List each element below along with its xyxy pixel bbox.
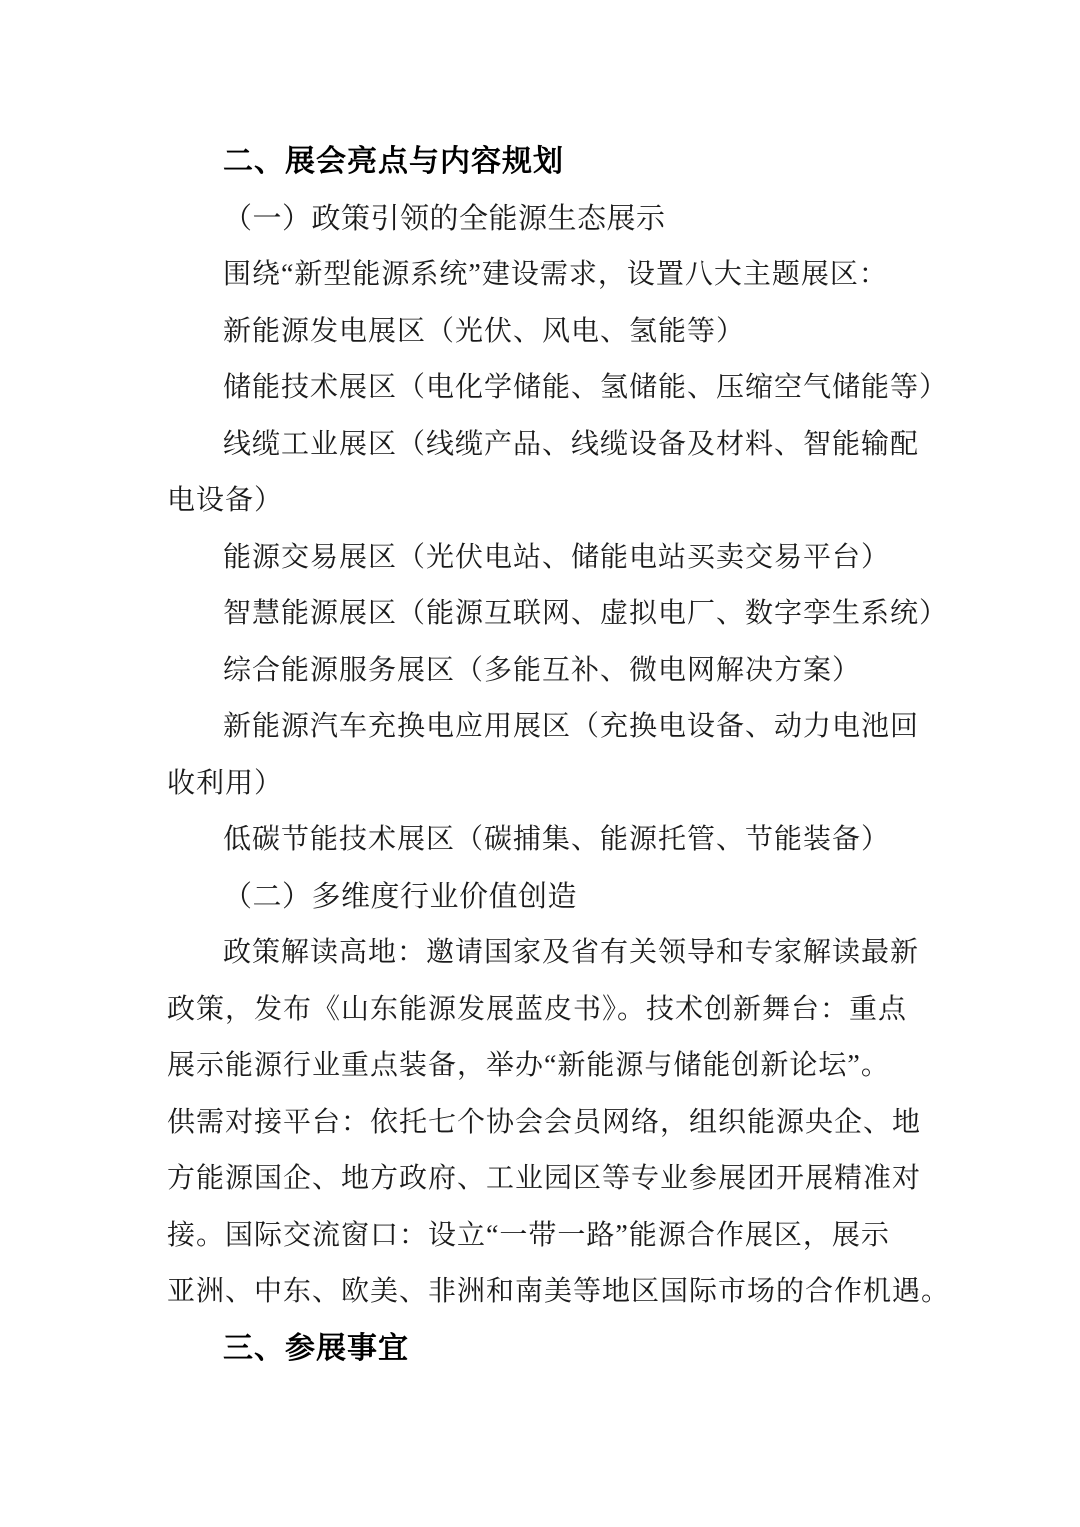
value-line-2: 政策，发布《山东能源发展蓝皮书》。技术创新舞台：重点 (167, 982, 937, 1039)
value-line-5: 方能源国企、地方政府、工业园区等专业参展团开展精准对 (167, 1151, 937, 1208)
zone-line-6: 智慧能源展区（能源互联网、虚拟电厂、数字孪生系统） (167, 586, 937, 643)
document-content: 二、展会亮点与内容规划 （一）政策引领的全能源生态展示 围绕“新型能源系统”建设… (167, 134, 937, 1377)
zone-line-8: 新能源汽车充换电应用展区（充换电设备、动力电池回 (167, 699, 937, 756)
subsection-1-intro: 围绕“新型能源系统”建设需求，设置八大主题展区： (167, 247, 937, 304)
value-line-3: 展示能源行业重点装备，举办“新能源与储能创新论坛”。 (167, 1038, 937, 1095)
document-page: 二、展会亮点与内容规划 （一）政策引领的全能源生态展示 围绕“新型能源系统”建设… (0, 0, 1080, 1527)
value-line-4: 供需对接平台：依托七个协会会员网络，组织能源央企、地 (167, 1095, 937, 1152)
zone-line-9: 收利用） (167, 756, 937, 813)
section-2-heading: 二、展会亮点与内容规划 (167, 134, 937, 191)
value-line-7: 亚洲、中东、欧美、非洲和南美等地区国际市场的合作机遇。 (167, 1264, 937, 1321)
subsection-2-title: （二）多维度行业价值创造 (167, 869, 937, 926)
zone-line-10: 低碳节能技术展区（碳捕集、能源托管、节能装备） (167, 812, 937, 869)
zone-line-3: 线缆工业展区（线缆产品、线缆设备及材料、智能输配 (167, 417, 937, 474)
value-line-1: 政策解读高地：邀请国家及省有关领导和专家解读最新 (167, 925, 937, 982)
zone-line-5: 能源交易展区（光伏电站、储能电站买卖交易平台） (167, 530, 937, 587)
zone-line-7: 综合能源服务展区（多能互补、微电网解决方案） (167, 643, 937, 700)
zone-line-2: 储能技术展区（电化学储能、氢储能、压缩空气储能等） (167, 360, 937, 417)
zone-line-1: 新能源发电展区（光伏、风电、氢能等） (167, 304, 937, 361)
subsection-1-title: （一）政策引领的全能源生态展示 (167, 191, 937, 248)
section-3-heading: 三、参展事宜 (167, 1321, 937, 1378)
zone-line-4: 电设备） (167, 473, 937, 530)
value-line-6: 接。国际交流窗口：设立“一带一路”能源合作展区，展示 (167, 1208, 937, 1265)
